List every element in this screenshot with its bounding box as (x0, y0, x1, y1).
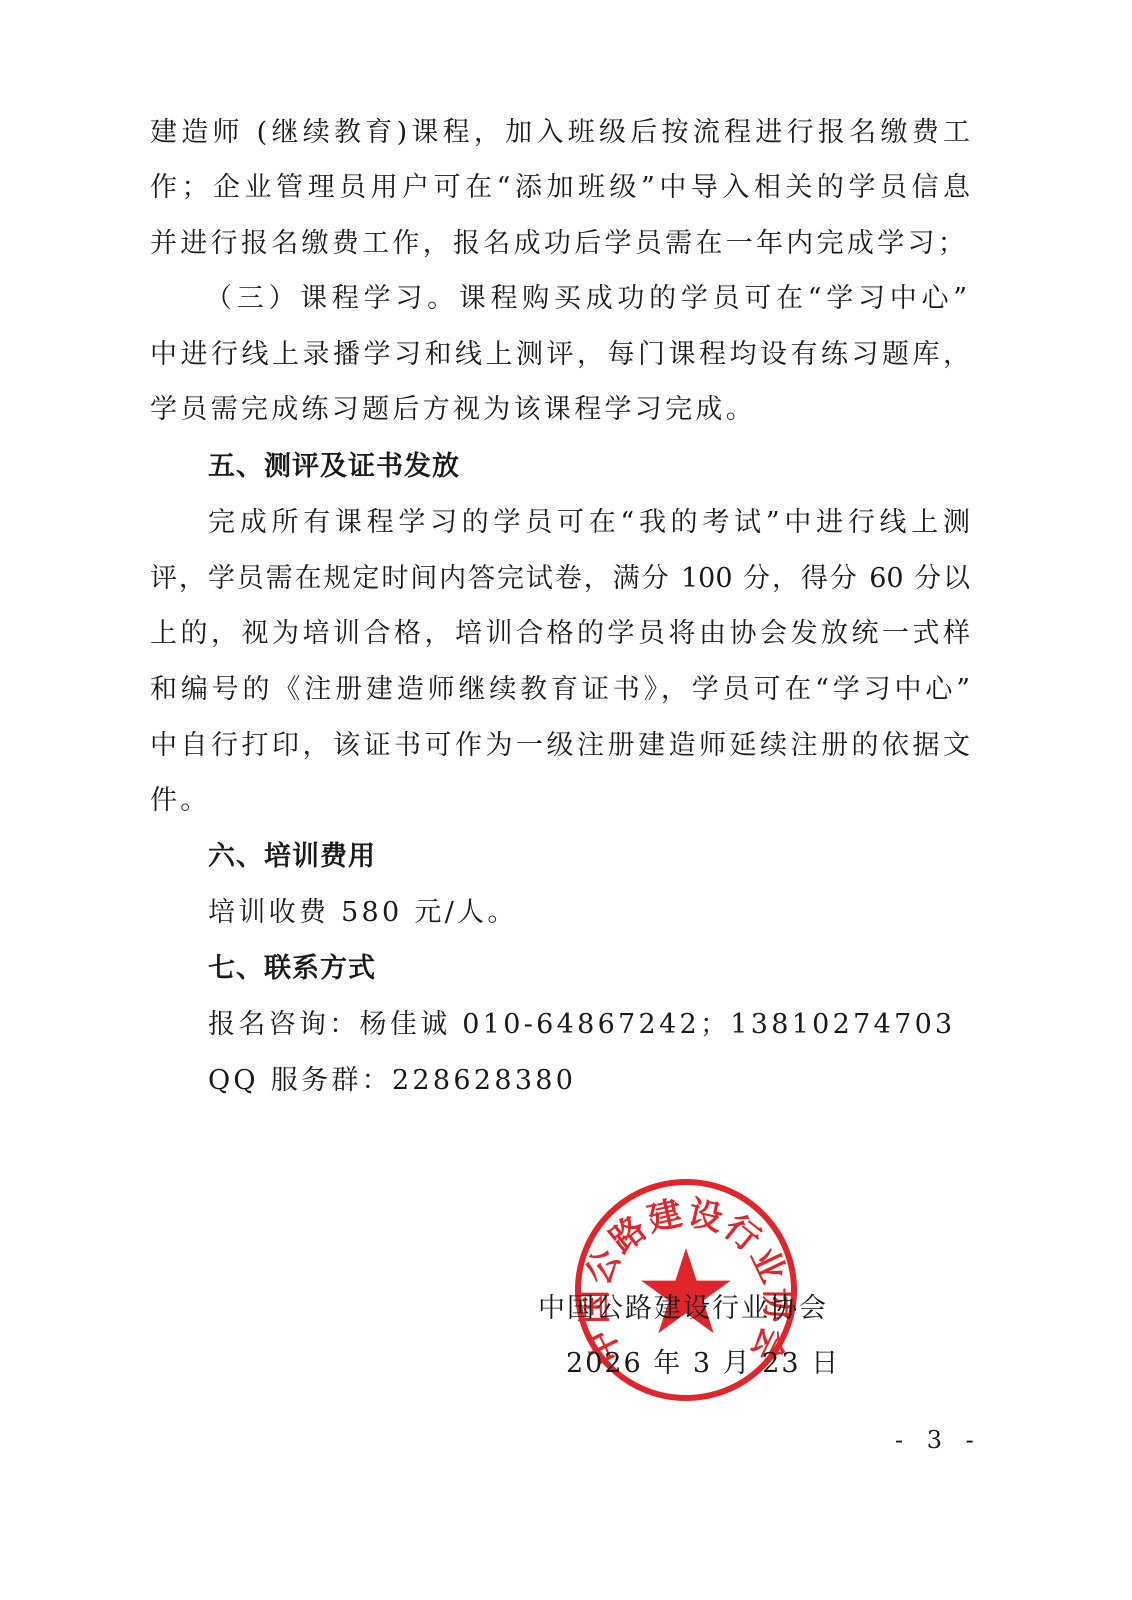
document-page: 建造师 (继续教育)课程，加入班级后按流程进行报名缴费工 作；企业管理员用户可在… (0, 0, 1132, 1600)
paragraph-line: 件。 (150, 784, 970, 818)
paragraph-line: 中自行打印，该证书可作为一级注册建造师延续注册的依据文 (150, 729, 970, 763)
paragraph-line: 培训收费 580 元/人。 (208, 896, 970, 930)
section-heading: 七、联系方式 (208, 952, 970, 986)
paragraph-line: 中进行线上录播学习和线上测评，每门课程均设有练习题库， (150, 338, 970, 372)
page-number: - 3 - (895, 1426, 982, 1454)
section-heading: 五、测评及证书发放 (208, 450, 970, 484)
paragraph-line: 作；企业管理员用户可在“添加班级”中导入相关的学员信息 (150, 171, 970, 205)
paragraph-line: 完成所有课程学习的学员可在“我的考试”中进行线上测 (208, 506, 970, 540)
paragraph-line: 评，学员需在规定时间内答完试卷，满分 100 分，得分 60 分以 (150, 562, 970, 596)
paragraph-line: 和编号的《注册建造师继续教育证书》，学员可在“学习中心” (150, 673, 970, 707)
section-heading: 六、培训费用 (208, 840, 970, 874)
paragraph-line: 上的，视为培训合格，培训合格的学员将由协会发放统一式样 (150, 617, 970, 651)
paragraph-line: （三）课程学习。课程购买成功的学员可在“学习中心” (205, 282, 967, 316)
contact-line: 报名咨询：杨佳诚 010-64867242；13810274703 (208, 1008, 970, 1042)
qq-group-line: QQ 服务群：228628380 (208, 1064, 970, 1098)
signature-date: 2026 年 3 月 23 日 (566, 1347, 840, 1381)
signature-organization: 中国公路建设行业协会 (538, 1292, 828, 1326)
paragraph-line: 学员需完成练习题后方视为该课程学习完成。 (150, 393, 970, 427)
paragraph-line: 建造师 (继续教育)课程，加入班级后按流程进行报名缴费工 (150, 116, 970, 150)
paragraph-line: 并进行报名缴费工作，报名成功后学员需在一年内完成学习； (150, 227, 970, 261)
